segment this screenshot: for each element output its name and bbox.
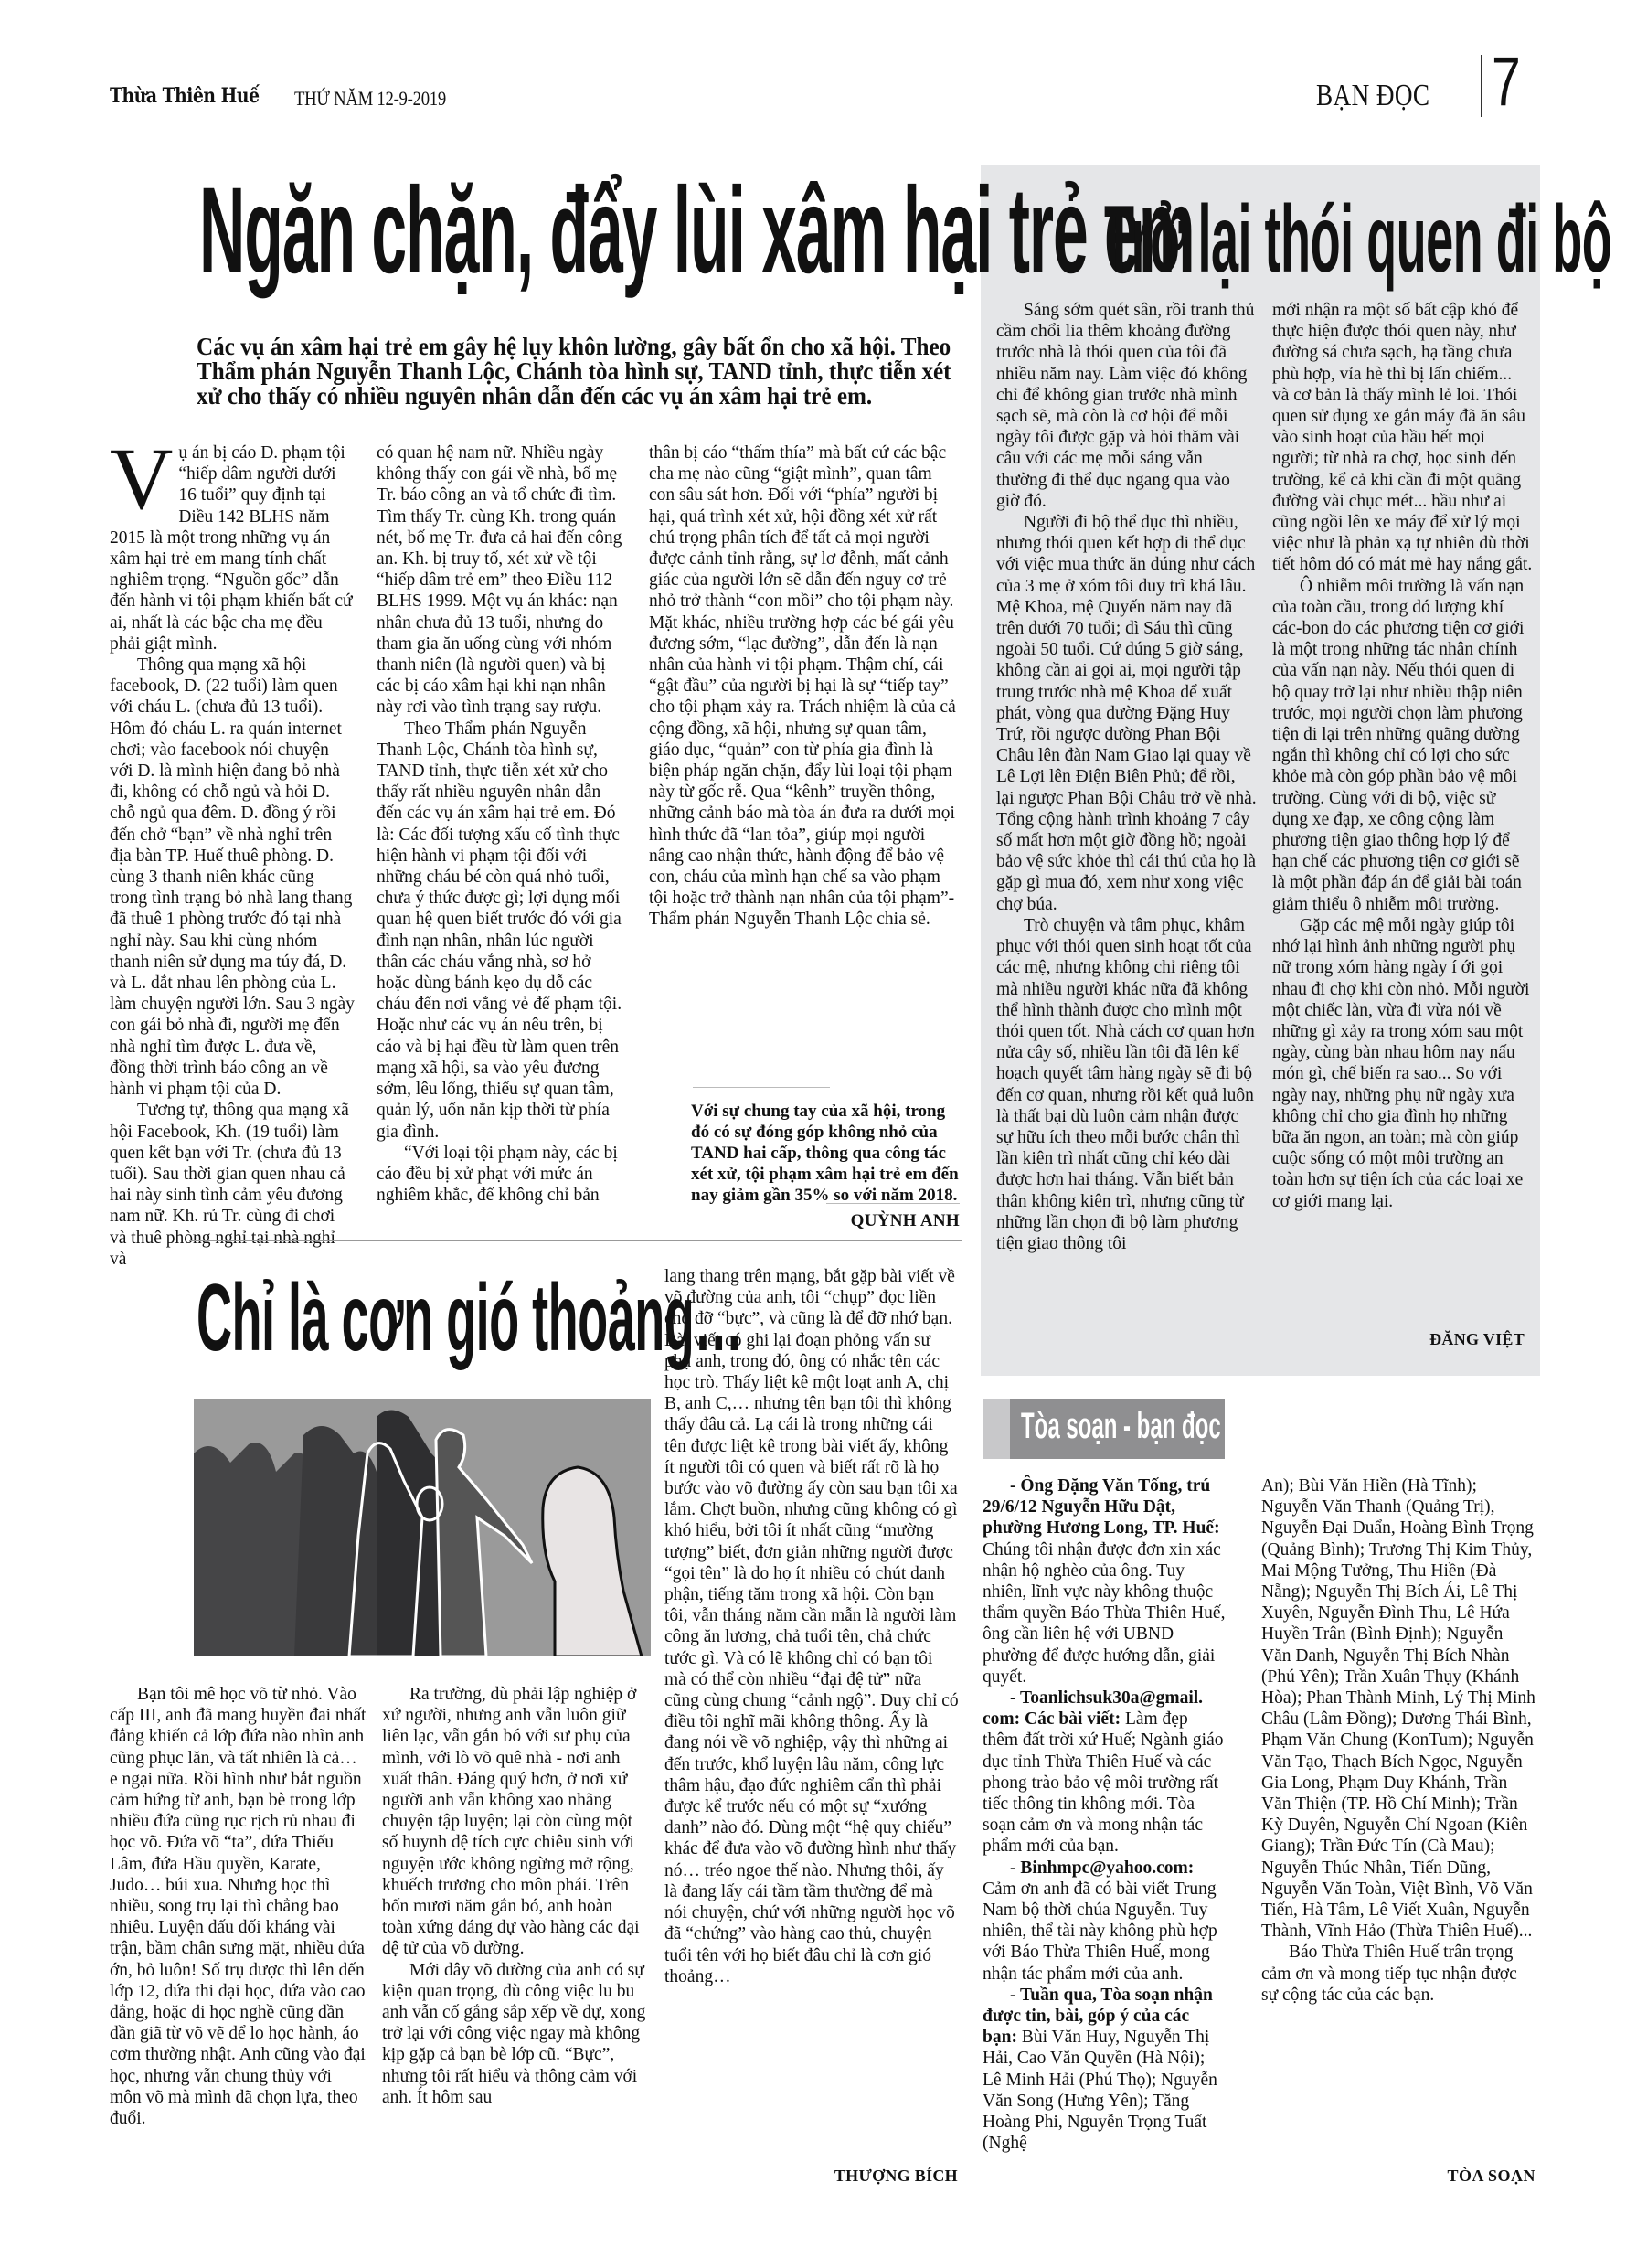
mailbox-column-2: An); Bùi Văn Hiền (Hà Tĩnh); Nguyễn Văn … (1261, 1475, 1535, 2006)
mailbox-entry-text: Làm đẹp thêm đất trời xứ Huế; Ngành giáo… (983, 1709, 1224, 1856)
article3-byline: THƯỢNG BÍCH (759, 2167, 958, 2186)
header-divider (1481, 55, 1482, 117)
paragraph: Trò chuyện và tâm phục, khâm phục với th… (996, 915, 1257, 1254)
article3-column-1: Bạn tôi mê học võ từ nhỏ. Vào cấp III, a… (110, 1684, 367, 2129)
paragraph: lang thang trên mạng, bắt gặp bài viết v… (664, 1266, 959, 1987)
paragraph: Ra trường, dù phải lập nghiệp ở xứ người… (382, 1684, 647, 1960)
pullquote-rule (693, 1087, 830, 1088)
article2-column-2: mới nhận ra một số bất cập khó để thực h… (1272, 300, 1533, 1212)
issue-date: THỨ NĂM 12-9-2019 (294, 87, 446, 111)
article2-byline: ĐĂNG VIỆT (1316, 1330, 1525, 1349)
article2-headline: Trở lại thói quen đi bộ (1104, 192, 1611, 287)
mailbox-entry-recipient: - Ông Đặng Văn Tống, trú 29/6/12 Nguyễn … (983, 1476, 1220, 1538)
paragraph: Tương tự, thông qua mạng xã hội Facebook… (110, 1100, 355, 1270)
mailbox-column-1: - Ông Đặng Văn Tống, trú 29/6/12 Nguyễn … (983, 1475, 1227, 2155)
mailbox-entry-text: Chúng tôi nhận được đơn xin xác nhận hộ … (983, 1540, 1225, 1687)
paragraph: có quan hệ nam nữ. Nhiều ngày không thấy… (377, 442, 628, 719)
mailbox-entry: - Toanlichsuk30a@gmail. com: Các bài viế… (983, 1688, 1227, 1858)
section-title: BẠN ĐỌC (1316, 79, 1429, 113)
article1-column-1: Vụ án bị cáo D. phạm tội “hiếp dâm người… (110, 442, 355, 1270)
article3-column-3: lang thang trên mạng, bắt gặp bài viết v… (664, 1266, 959, 1987)
paragraph: Bạn tôi mê học võ từ nhỏ. Vào cấp III, a… (110, 1684, 367, 2129)
article1-column-3: thân bị cáo “thấm thía” mà bất cứ các bậ… (649, 442, 960, 931)
dropcap: V (110, 446, 173, 512)
mailbox-header-accent (983, 1399, 1010, 1459)
article1-lead: Các vụ án xâm hại trẻ em gây hệ lụy khôn… (197, 335, 962, 409)
article3-headline: Chỉ là cơn gió thoảng… (197, 1271, 743, 1366)
martial-arts-illustration-icon (194, 1399, 651, 1656)
section-divider (189, 1240, 962, 1241)
masthead: Thừa Thiên Huế (110, 84, 260, 108)
paragraph: “Với loại tội phạm này, các bị cáo đều b… (377, 1143, 628, 1207)
article3-column-2: Ra trường, dù phải lập nghiệp ở xứ người… (382, 1684, 647, 2108)
paragraph: thân bị cáo “thấm thía” mà bất cứ các bậ… (649, 442, 960, 931)
mailbox-entry: - Ông Đặng Văn Tống, trú 29/6/12 Nguyễn … (983, 1475, 1227, 1688)
paragraph: Báo Thừa Thiên Huế trân trọng cảm ơn và … (1261, 1942, 1535, 2006)
article1-column-2: có quan hệ nam nữ. Nhiều ngày không thấy… (377, 442, 628, 1206)
article1-headline: Ngăn chặn, đẩy lùi xâm hại trẻ em (199, 170, 1195, 293)
paragraph: mới nhận ra một số bất cập khó để thực h… (1272, 300, 1533, 576)
paragraph: Mới đây võ đường của anh có sự kiện quan… (382, 1960, 647, 2108)
paragraph: Ô nhiễm môi trường là vấn nạn của toàn c… (1272, 576, 1533, 915)
article3-illustration (194, 1399, 651, 1656)
mailbox-entry: - Binhmpc@yahoo.com: Cảm ơn anh đã có bà… (983, 1858, 1227, 1985)
mailbox-header: Tòa soạn - bạn đọc (983, 1399, 1225, 1459)
paragraph: An); Bùi Văn Hiền (Hà Tĩnh); Nguyễn Văn … (1261, 1475, 1535, 1942)
mailbox-entry-text: Cảm ơn anh đã có bài viết Trung Nam bộ t… (983, 1879, 1217, 1984)
mailbox-entry-recipient: - Binhmpc@yahoo.com: (1010, 1858, 1194, 1878)
pullquote-underline (826, 1203, 960, 1204)
mailbox-signature: TÒA SOẠN (1426, 2167, 1535, 2186)
paragraph: Theo Thẩm phán Nguyễn Thanh Lộc, Chánh t… (377, 719, 628, 1143)
article2-column-1: Sáng sớm quét sân, rồi tranh thủ cầm chổ… (996, 300, 1257, 1254)
mailbox-title: Tòa soạn - bạn đọc (1021, 1408, 1221, 1444)
paragraph: Thông qua mạng xã hội facebook, D. (22 t… (110, 655, 355, 1100)
pullquote: Với sự chung tay của xã hội, trong đó có… (691, 1101, 965, 1206)
article1-byline: QUỲNH ANH (740, 1211, 960, 1231)
mailbox-entry-text: Bùi Văn Huy, Nguyễn Thị Hải, Cao Văn Quy… (983, 2028, 1217, 2153)
paragraph: Gặp các mệ mỗi ngày giúp tôi nhớ lại hìn… (1272, 915, 1533, 1212)
paragraph: Người đi bộ thể dục thì nhiều, nhưng thó… (996, 512, 1257, 915)
paragraph: Sáng sớm quét sân, rồi tranh thủ cầm chổ… (996, 300, 1257, 512)
mailbox-entry: - Tuần qua, Tòa soạn nhận được tin, bài,… (983, 1985, 1227, 2155)
page-number: 7 (1492, 48, 1521, 117)
